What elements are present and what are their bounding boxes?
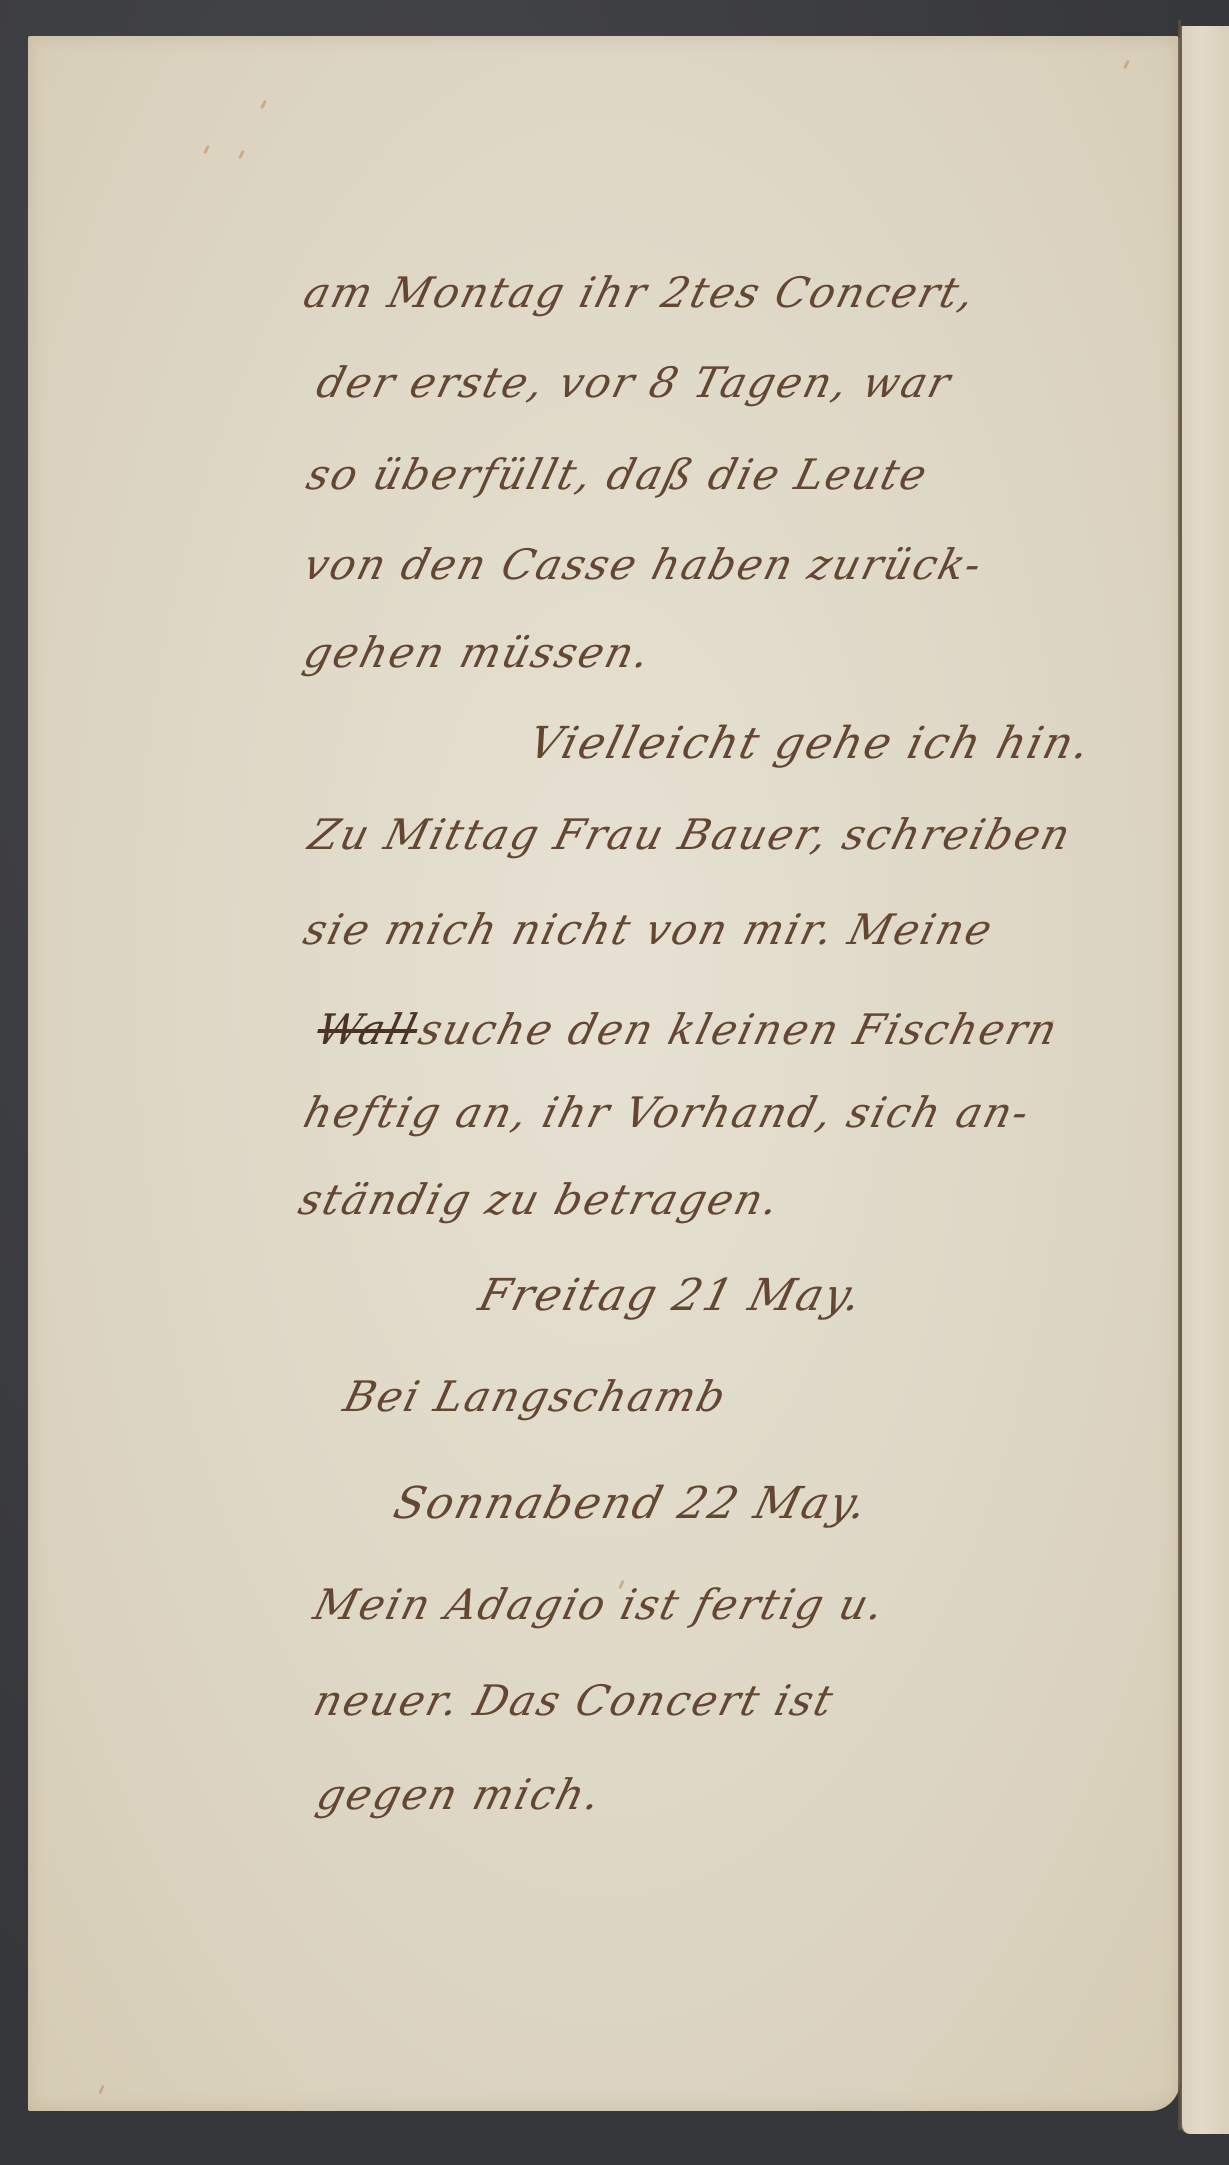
- manuscript-line: Bei Langschamb: [339, 1372, 732, 1421]
- manuscript-line: der erste, vor 8 Tagen, war: [312, 358, 957, 407]
- facing-page-edge: [1180, 26, 1229, 2134]
- date-heading: Freitag 21 May.: [474, 1270, 869, 1321]
- manuscript-line: ständig zu betragen.: [294, 1175, 786, 1224]
- manuscript-line: gegen mich.: [312, 1770, 607, 1819]
- date-heading: Sonnabend 22 May.: [389, 1478, 874, 1529]
- struck-word: Wall: [312, 1005, 424, 1054]
- page-fold-line: [1178, 20, 1181, 2130]
- manuscript-line: am Montag ihr 2tes Concert,: [299, 268, 981, 317]
- manuscript-line: Mein Adagio ist fertig u.: [309, 1580, 891, 1629]
- manuscript-page: [28, 36, 1180, 2111]
- manuscript-line: neuer. Das Concert ist: [309, 1676, 840, 1725]
- manuscript-line: sie mich nicht von mir. Meine: [299, 905, 999, 954]
- manuscript-line-centered: Vielleicht gehe ich hin.: [524, 718, 1097, 769]
- manuscript-line: von den Casse haben zurück-: [299, 540, 988, 589]
- manuscript-line: so überfüllt, daß die Leute: [302, 450, 934, 499]
- manuscript-line: gehen müssen.: [299, 628, 657, 677]
- manuscript-line: suche den kleinen Fischern: [414, 1005, 1064, 1054]
- manuscript-line: heftig an, ihr Vorhand, sich an-: [299, 1088, 1036, 1137]
- manuscript-line: Zu Mittag Frau Bauer, schreiben: [304, 810, 1077, 859]
